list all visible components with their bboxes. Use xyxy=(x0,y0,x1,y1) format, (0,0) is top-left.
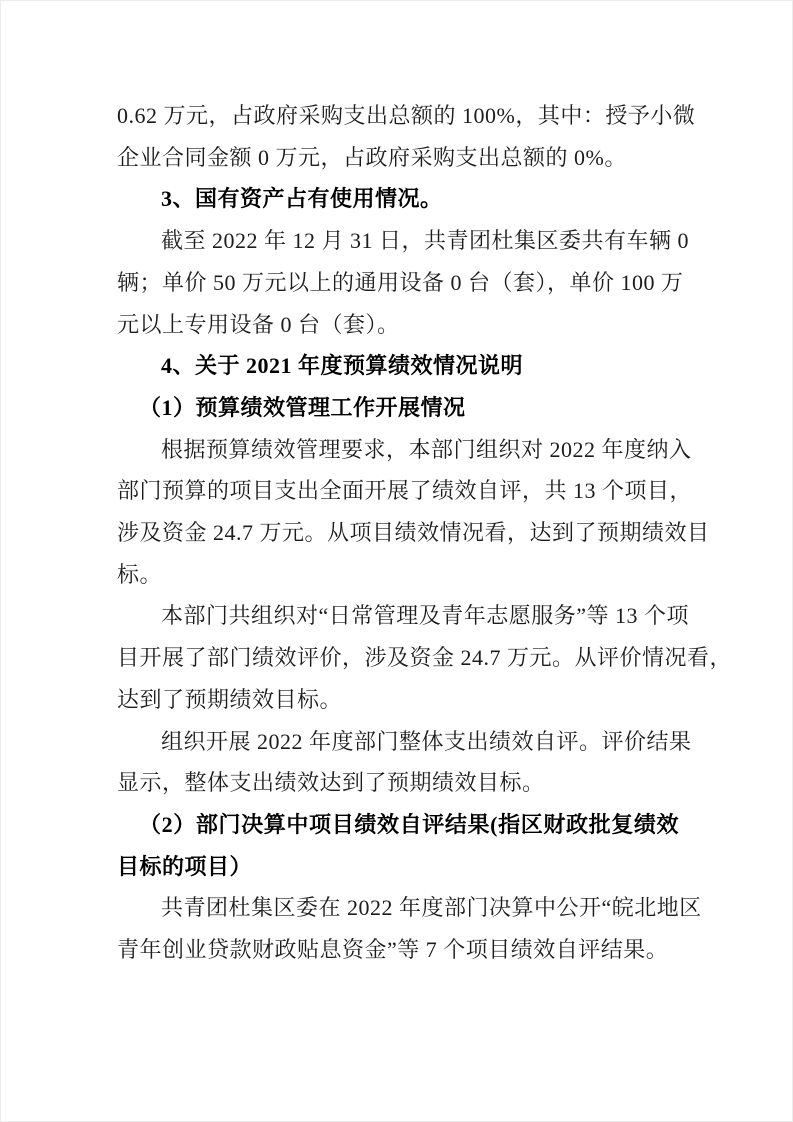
section-3-heading: 3、国有资产占有使用情况。 xyxy=(117,178,679,220)
paragraph-self-eval-line-2: 部门预算的项目支出全面开展了绩效自评，共 13 个项目， xyxy=(117,470,679,512)
paragraph-procurement-line-1: 0.62 万元，占政府采购支出总额的 100%，其中：授予小微 xyxy=(117,95,679,137)
paragraph-disclosure-line-2: 青年创业贷款财政贴息资金”等 7 个项目绩效自评结果。 xyxy=(117,929,679,971)
paragraph-overall-eval-line-2: 显示，整体支出绩效达到了预期绩效目标。 xyxy=(117,762,679,804)
paragraph-self-eval-line-3: 涉及资金 24.7 万元。从项目绩效情况看，达到了预期绩效目 xyxy=(117,512,679,554)
paragraph-procurement-line-2: 企业合同金额 0 万元，占政府采购支出总额的 0%。 xyxy=(117,137,679,179)
paragraph-dept-eval-line-2: 目开展了部门绩效评价，涉及资金 24.7 万元。从评价情况看， xyxy=(117,637,679,679)
paragraph-self-eval-line-1: 根据预算绩效管理要求，本部门组织对 2022 年度纳入 xyxy=(117,429,679,471)
paragraph-self-eval-line-4: 标。 xyxy=(117,554,679,596)
paragraph-overall-eval-line-1: 组织开展 2022 年度部门整体支出绩效自评。评价结果 xyxy=(117,721,679,763)
subsection-2-heading-line-1: （2）部门决算中项目绩效自评结果(指区财政批复绩效 xyxy=(117,804,679,846)
subsection-2-heading-line-2: 目标的项目） xyxy=(117,846,679,888)
subsection-1-heading: （1）预算绩效管理工作开展情况 xyxy=(117,387,679,429)
paragraph-dept-eval-line-1: 本部门共组织对“日常管理及青年志愿服务”等 13 个项 xyxy=(117,595,679,637)
paragraph-disclosure-line-1: 共青团杜集区委在 2022 年度部门决算中公开“皖北地区 xyxy=(117,887,679,929)
paragraph-dept-eval-line-3: 达到了预期绩效目标。 xyxy=(117,679,679,721)
document-body: 0.62 万元，占政府采购支出总额的 100%，其中：授予小微 企业合同金额 0… xyxy=(117,95,679,971)
paragraph-assets-line-2: 辆；单价 50 万元以上的通用设备 0 台（套），单价 100 万 xyxy=(117,262,679,304)
paragraph-assets-line-1: 截至 2022 年 12 月 31 日，共青团杜集区委共有车辆 0 xyxy=(117,220,679,262)
section-4-heading: 4、关于 2021 年度预算绩效情况说明 xyxy=(117,345,679,387)
paragraph-assets-line-3: 元以上专用设备 0 台（套）。 xyxy=(117,304,679,346)
document-page: 0.62 万元，占政府采购支出总额的 100%，其中：授予小微 企业合同金额 0… xyxy=(0,0,793,1122)
